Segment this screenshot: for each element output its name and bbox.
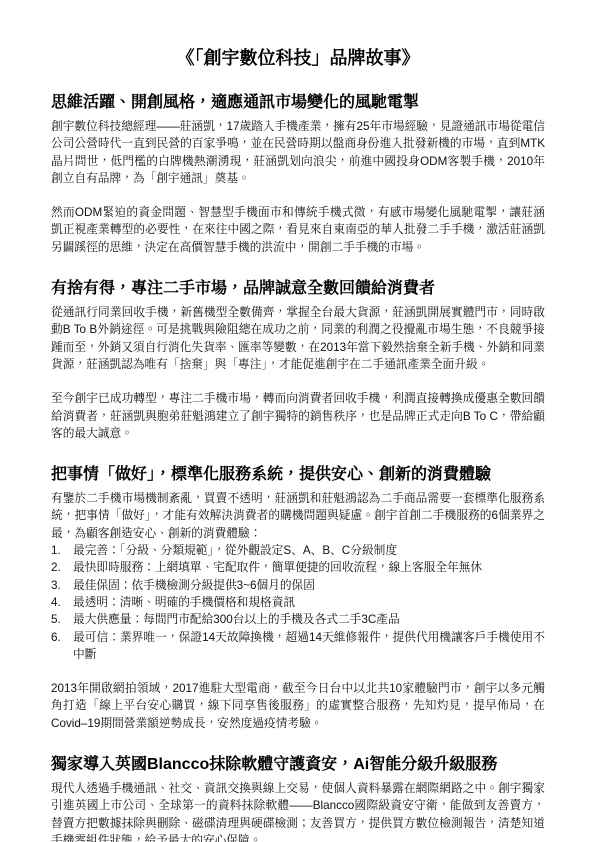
section-blancco-security: 獨家導入英國Blancco抹除軟體守護資安，Ai智能分級升級服務 現代人透過手機… [51,754,545,842]
section-heading: 有捨有得，專注二手市場，品牌誠意全數回饋給消費者 [51,278,545,299]
list-item: 2. 最快即時服務：上網填單、宅配取件，簡單便捷的回收流程，線上客服全年無休 [51,559,545,576]
paragraph: 至今創宇已成功轉型，專注二手機市場，轉而向消費者回收手機，利潤直接轉換成優惠全數… [51,390,545,442]
list-item: 6. 最可信：業界唯一，保證14天故障換機，超過14天維修報件，提供代用機讓客戶… [51,629,545,664]
paragraph: 然而ODM緊迫的資金問題、智慧型手機面市和傳統手機式微，有感市場變化風馳電掣，讓… [51,204,545,256]
list-item-text: 最透明：清晰、明確的手機價格和規格資訊 [73,594,545,611]
section-heading: 獨家導入英國Blancco抹除軟體守護資安，Ai智能分級升級服務 [51,754,545,775]
list-number: 3. [51,577,73,594]
list-number: 6. [51,629,73,646]
list-item: 1. 最完善：「分級、分類規範」，從外觀設定S、A、B、C分級制度 [51,542,545,559]
list-number: 5. [51,611,73,628]
section-market-agility: 思維活躍、開創風格，適應通訊市場變化的風馳電掣 創宇數位科技總經理——莊涵凱，1… [51,92,545,256]
section-standardized-service: 把事情「做好」，標準化服務系統，提供安心、創新的消費體驗 有鑒於二手機市場機制紊… [51,464,545,732]
list-item: 3. 最佳保固：依手機檢測分級提供3~6個月的保固 [51,577,545,594]
list-number: 1. [51,542,73,559]
paragraph: 從通訊行同業回收手機，新舊機型全數備齊，掌握全台最大貨源，莊涵凱開展實體門市，同… [51,304,545,373]
page-title: 《「創宇數位科技」品牌故事》 [51,46,545,70]
section-heading: 思維活躍、開創風格，適應通訊市場變化的風馳電掣 [51,92,545,113]
service-highlights-list: 1. 最完善：「分級、分類規範」，從外觀設定S、A、B、C分級制度 2. 最快即… [51,542,545,663]
paragraph: 創宇數位科技總經理——莊涵凱，17歲踏入手機產業，擁有25年市場經驗，見證通訊市… [51,118,545,187]
section-secondhand-focus: 有捨有得，專注二手市場，品牌誠意全數回饋給消費者 從通訊行同業回收手機，新舊機型… [51,278,545,442]
list-item-text: 最完善：「分級、分類規範」，從外觀設定S、A、B、C分級制度 [73,542,545,559]
list-item-text: 最大供應量：每間門市配給300台以上的手機及各式二手3C產品 [73,611,545,628]
paragraph: 有鑒於二手機市場機制紊亂，買賣不透明，莊涵凱和莊魁鴻認為二手商品需要一套標準化服… [51,490,545,542]
list-item-text: 最可信：業界唯一，保證14天故障換機，超過14天維修報件，提供代用機讓客戶手機使… [73,629,545,664]
list-item: 5. 最大供應量：每間門市配給300台以上的手機及各式二手3C產品 [51,611,545,628]
section-heading: 把事情「做好」，標準化服務系統，提供安心、創新的消費體驗 [51,464,545,485]
list-item: 4. 最透明：清晰、明確的手機價格和規格資訊 [51,594,545,611]
list-number: 4. [51,594,73,611]
paragraph: 2013年開啟網拍領域，2017進駐大型電商，截至今日台中以北共10家體驗門市，… [51,680,545,732]
list-item-text: 最快即時服務：上網填單、宅配取件，簡單便捷的回收流程，線上客服全年無休 [73,559,545,576]
document-page: 《「創宇數位科技」品牌故事》 思維活躍、開創風格，適應通訊市場變化的風馳電掣 創… [0,0,595,842]
paragraph: 現代人透過手機通訊、社交、資訊交換與線上交易，使個人資料暴露在網際網路之中。創宇… [51,780,545,842]
list-item-text: 最佳保固：依手機檢測分級提供3~6個月的保固 [73,577,545,594]
list-number: 2. [51,559,73,576]
